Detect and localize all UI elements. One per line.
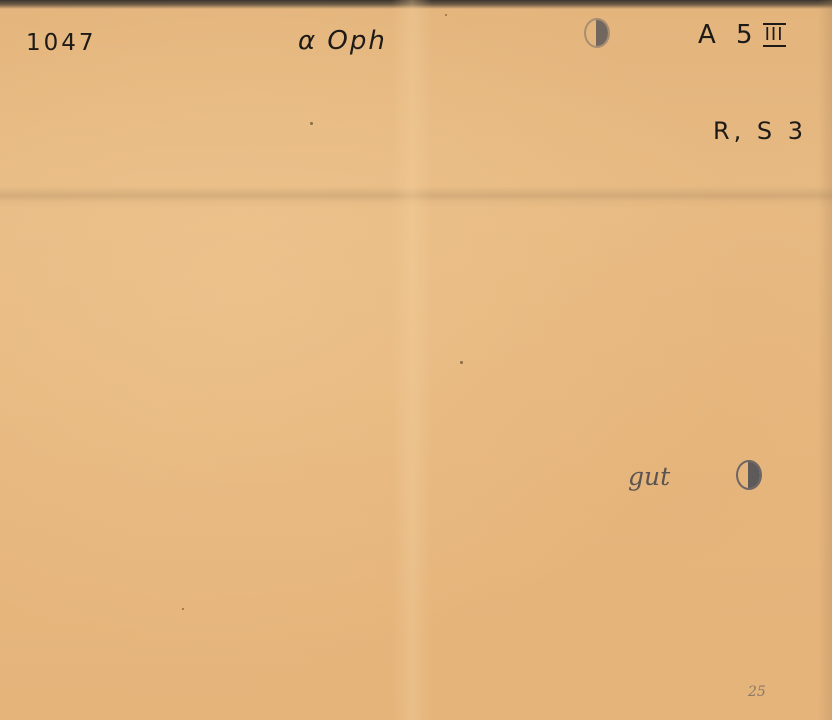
paper-speck [310,122,313,125]
half-moon-icon [584,18,610,48]
plate-number: 1047 [26,30,97,56]
vertical-fold-line [392,0,432,720]
remark-note: R, S 3 [713,117,807,145]
star-name: α Oph [298,26,387,56]
spectral-classification: A 5III [698,20,786,50]
right-edge-shadow [818,0,832,720]
paper-speck [460,361,463,364]
plate-envelope: 1047 α Oph A 5III R, S 3 gut 25 [0,0,832,720]
paper-speck [445,14,447,16]
paper-speck [182,608,184,610]
page-mark: 25 [748,684,766,700]
quality-note: gut [628,462,670,491]
luminosity-class: III [763,23,786,47]
spectral-type: A 5 [698,20,759,50]
half-moon-icon [736,460,762,490]
